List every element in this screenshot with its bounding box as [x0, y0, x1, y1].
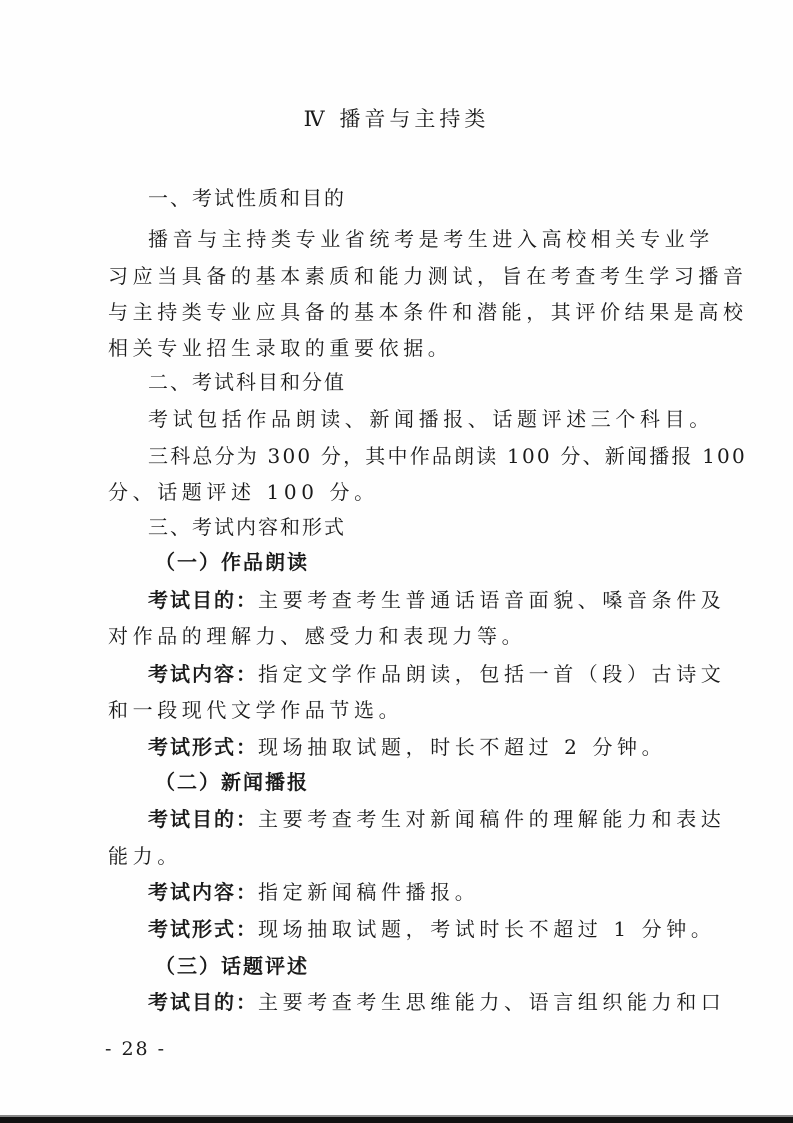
paragraph-line: 能力。	[108, 842, 182, 870]
content-text: 指定文学作品朗读，包括一首（段）古诗文	[258, 662, 725, 686]
paragraph-line: 对作品的理解力、感受力和表现力等。	[108, 622, 526, 650]
content-label: 考试内容：	[148, 662, 258, 686]
purpose-label: 考试目的：	[148, 588, 258, 612]
paragraph-line: 与主持类专业应具备的基本条件和潜能，其评价结果是高校	[108, 298, 748, 326]
section-heading-2: 二、考试科目和分值	[148, 368, 346, 396]
paragraph-line: 三科总分为 300 分，其中作品朗读 100 分、新闻播报 100	[148, 442, 747, 470]
purpose-label: 考试目的：	[148, 807, 258, 831]
page-number: - 28 -	[105, 1038, 166, 1060]
form-text: 现场抽取试题，时长不超过 2 分钟。	[258, 735, 666, 759]
paragraph-line: 考试目的：主要考查考生普通话语音面貌、嗓音条件及	[148, 586, 725, 614]
form-label: 考试形式：	[148, 917, 258, 941]
document-page: Ⅳ 播音与主持类 一、考试性质和目的 播音与主持类专业省统考是考生进入高校相关专…	[0, 0, 793, 1123]
subsection-heading-1: （一）作品朗读	[155, 548, 309, 576]
paragraph-line: 和一段现代文学作品节选。	[108, 696, 403, 724]
subsection-heading-3: （三）话题评述	[155, 952, 309, 980]
form-text: 现场抽取试题，考试时长不超过 1 分钟。	[258, 917, 715, 941]
purpose-label: 考试目的：	[148, 990, 258, 1014]
paragraph-line: 习应当具备的基本素质和能力测试，旨在考查考生学习播音	[108, 262, 748, 290]
paragraph-line: 播音与主持类专业省统考是考生进入高校相关专业学	[148, 225, 714, 253]
paragraph-line: 考试内容：指定文学作品朗读，包括一首（段）古诗文	[148, 660, 725, 688]
paragraph-line: 考试包括作品朗读、新闻播报、话题评述三个科目。	[148, 405, 714, 433]
paragraph-line: 考试目的：主要考查考生思维能力、语言组织能力和口	[148, 988, 725, 1016]
content-label: 考试内容：	[148, 880, 258, 904]
paragraph-line: 考试形式：现场抽取试题，考试时长不超过 1 分钟。	[148, 915, 715, 943]
paragraph-line: 考试形式：现场抽取试题，时长不超过 2 分钟。	[148, 733, 666, 761]
paragraph-line: 分、话题评述 100 分。	[108, 478, 379, 506]
content-text: 指定新闻稿件播报。	[258, 880, 479, 904]
purpose-text: 主要考查考生思维能力、语言组织能力和口	[258, 990, 725, 1014]
paragraph-line: 考试目的：主要考查考生对新闻稿件的理解能力和表达	[148, 805, 725, 833]
section-heading-3: 三、考试内容和形式	[148, 513, 346, 541]
purpose-text: 主要考查考生对新闻稿件的理解能力和表达	[258, 807, 725, 831]
form-label: 考试形式：	[148, 735, 258, 759]
paragraph-line: 相关专业招生录取的重要依据。	[108, 334, 452, 362]
scan-bottom-edge	[0, 1115, 793, 1123]
paragraph-line: 考试内容：指定新闻稿件播报。	[148, 878, 479, 906]
purpose-text: 主要考查考生普通话语音面貌、嗓音条件及	[258, 588, 725, 612]
section-heading-1: 一、考试性质和目的	[148, 184, 346, 212]
page-title: Ⅳ 播音与主持类	[0, 103, 793, 133]
subsection-heading-2: （二）新闻播报	[155, 768, 309, 796]
